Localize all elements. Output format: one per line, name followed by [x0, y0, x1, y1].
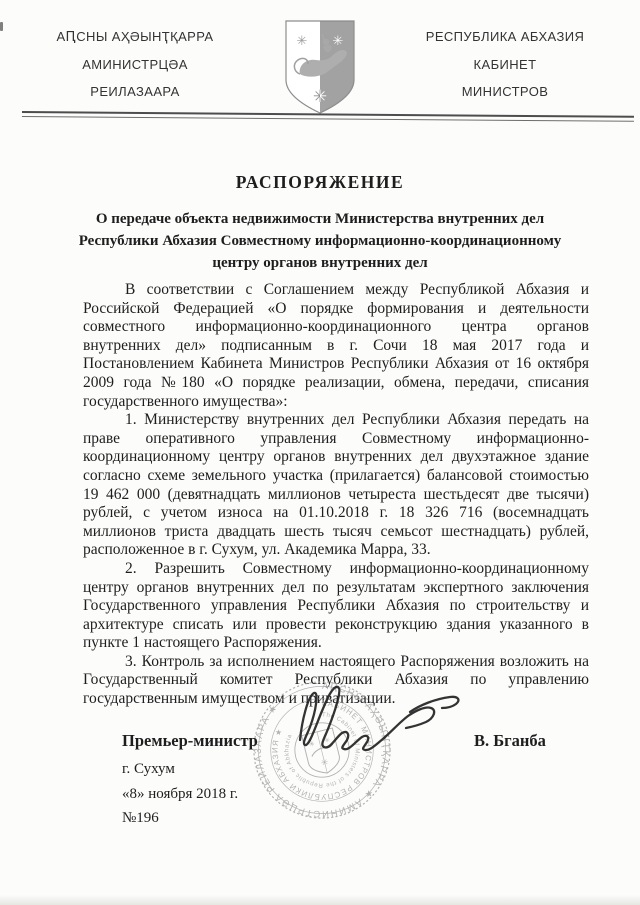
letterhead-right-line-2: КАБИНЕТ	[396, 51, 614, 79]
svg-text:✳: ✳	[333, 34, 344, 49]
document-body: В соответствии с Соглашением между Респу…	[83, 281, 589, 709]
letterhead-left-line-3: РЕИЛАЗААРА	[26, 78, 244, 106]
place-line: г. Сухум	[122, 761, 175, 778]
letterhead-right-line-1: РЕСПУБЛИКА АБХАЗИЯ	[396, 23, 614, 51]
letterhead-right: РЕСПУБЛИКА АБХАЗИЯ КАБИНЕТ МИНИСТРОВ	[396, 20, 614, 106]
letterhead: АԤСНЫ АҲӘЫНҬҚАРРА АМИНИСТРЦӘА РЕИЛАЗААРА…	[0, 20, 640, 116]
letterhead-left-line-2: АМИНИСТРЦӘА	[26, 51, 244, 79]
document-type-title: РАСПОРЯЖЕНИЕ	[0, 172, 640, 193]
svg-text:✳: ✳	[297, 34, 308, 49]
premier-name: В. Бганба	[474, 731, 546, 751]
directive-item-1: 1. Министерству внутренних дел Республик…	[83, 411, 589, 560]
letterhead-left-line-1: АԤСНЫ АҲӘЫНҬҚАРРА	[26, 23, 244, 51]
document-page: АԤСНЫ АҲӘЫНҬҚАРРА АМИНИСТРЦӘА РЕИЛАЗААРА…	[0, 0, 640, 905]
letterhead-right-line-3: МИНИСТРОВ	[396, 78, 614, 106]
letterhead-left: АԤСНЫ АҲӘЫНҬҚАРРА АМИНИСТРЦӘА РЕИЛАЗААРА	[26, 20, 244, 106]
coat-of-arms-icon: ✳ ✳ ✳ ✳	[282, 18, 358, 116]
intro-paragraph: В соответствии с Соглашением между Респу…	[83, 281, 589, 411]
directive-item-2: 2. Разрешить Совместному информационно-к…	[83, 560, 589, 653]
premier-role-label: Премьер-министр	[122, 731, 258, 751]
signature-ink-icon	[272, 680, 472, 772]
date-line: «8» ноября 2018 г.	[122, 786, 238, 803]
document-subject: О передаче объекта недвижимости Министер…	[74, 208, 566, 274]
document-number: №196	[122, 810, 159, 827]
